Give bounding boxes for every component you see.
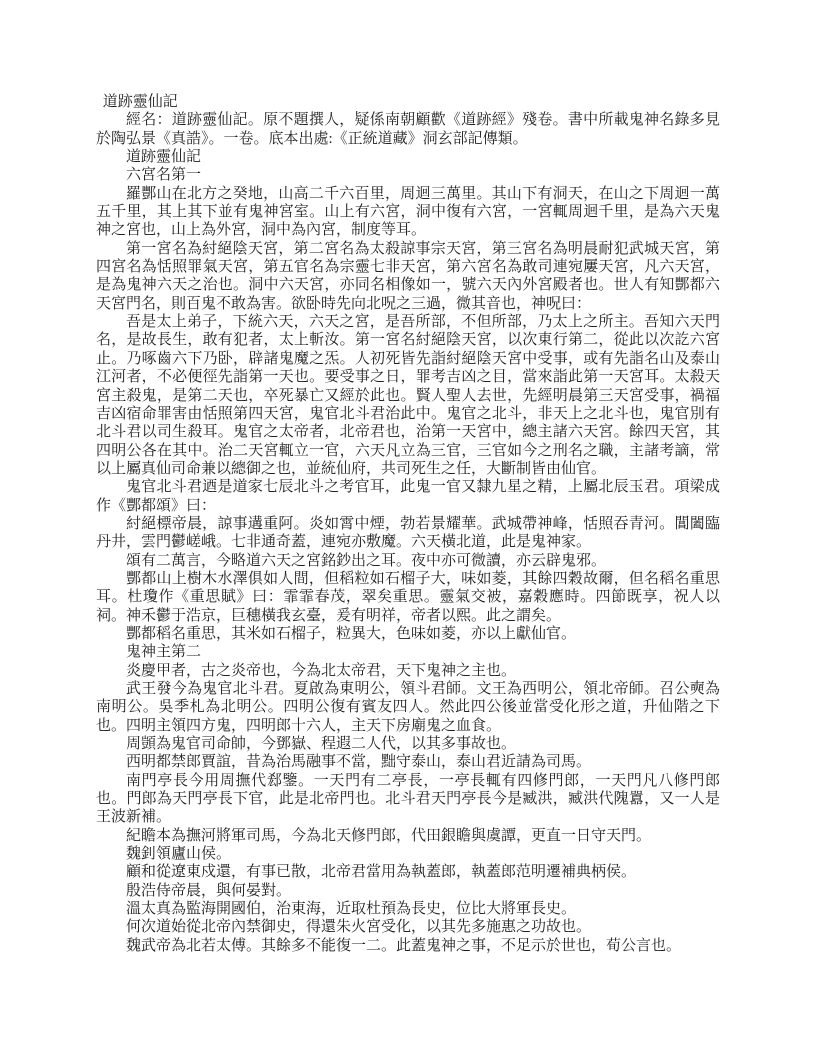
paragraph: 魏釗領廬山侯。 [96,845,720,863]
paragraph: 羅酆山在北方之癸地，山高二千六百里，周迴三萬里。其山下有洞天，在山之下周迴一萬五… [96,185,720,240]
section-heading-1: 六宮名第一 [96,166,720,184]
paragraph-verse: 紂絕標帝晨，諒事遘重阿。炎如霄中煙，勃若景耀華。武城帶神峰，恬照吞青河。閶闔臨丹… [96,515,720,552]
paragraph: 西明都禁郎賈誼，昔為治馬融事不當，黜守泰山，泰山君近請為司馬。 [96,753,720,771]
document-page: 道跡靈仙記 經名：道跡靈仙記。原不題撰人，疑係南朝顧歡《道跡經》殘卷。書中所載鬼… [0,0,816,1056]
paragraph-abstract: 經名：道跡靈仙記。原不題撰人，疑係南朝顧歡《道跡經》殘卷。書中所載鬼神名錄多見於… [96,111,720,148]
paragraph: 周顗為鬼官司命帥，今鄧嶽、程遐二人代，以其多事故也。 [96,735,720,753]
paragraph: 南門亭長今用周撫代郄鑒。一天門有二亭長，一亭長輒有四修門郎，一天門凡八修門郎也。… [96,772,720,827]
paragraph: 何次道始從北帝內禁御史，得還朱火宮受化，以其先多施惠之功故也。 [96,918,720,936]
paragraph: 酆都山上樹木水澤俱如人間，但稻粒如石榴子大，味如菱，其餘四穀故爾，但名稻名重思耳… [96,570,720,625]
paragraph: 頌有二萬言，今略道六天之宮銘鈔出之耳。夜中亦可微讀，亦云辟鬼邪。 [96,552,720,570]
paragraph: 武王發今為鬼官北斗君。夏啟為東明公，領斗君師。文王為西明公，領北帝師。召公奭為南… [96,680,720,735]
paragraph: 酆都稻名重思，其米如石榴子，粒異大，色味如菱，亦以上獻仙官。 [96,625,720,643]
paragraph-inner-title: 道跡靈仙記 [96,148,720,166]
paragraph: 顧和從遼東戍還，有事已散，北帝君當用為執蓋郎，執蓋郎范明遷補典柄侯。 [96,863,720,881]
document-title: 道跡靈仙記 [96,93,720,111]
section-heading-2: 鬼神主第二 [96,643,720,661]
paragraph: 魏武帝為北若太傅。其餘多不能復一二。此蓋鬼神之事，不足示於世也，荀公言也。 [96,937,720,955]
paragraph: 第一宮名為紂絕陰天宮，第二宮名為太殺諒事宗天宮，第三宮名為明晨耐犯武城天宮，第四… [96,240,720,313]
paragraph: 炎慶甲者，古之炎帝也，今為北太帝君，天下鬼神之主也。 [96,662,720,680]
paragraph: 吾是太上弟子，下統六天，六天之宮，是吾所部，不但所部，乃太上之所主。吾知六天門名… [96,313,720,478]
paragraph: 紀瞻本為撫河將軍司馬，今為北天修門郎，代田銀瞻與虞譚，更直一日守天門。 [96,827,720,845]
paragraph: 溫太真為監海開國伯，治東海，近取杜預為長史，位比大將軍長史。 [96,900,720,918]
paragraph: 鬼官北斗君迺是道家七辰北斗之考官耳，此鬼一官又隸九星之精，上屬北辰玉君。項梁成作… [96,478,720,515]
paragraph: 殷浩侍帝晨，與何晏對。 [96,882,720,900]
document-body: 道跡靈仙記 經名：道跡靈仙記。原不題撰人，疑係南朝顧歡《道跡經》殘卷。書中所載鬼… [96,93,720,955]
